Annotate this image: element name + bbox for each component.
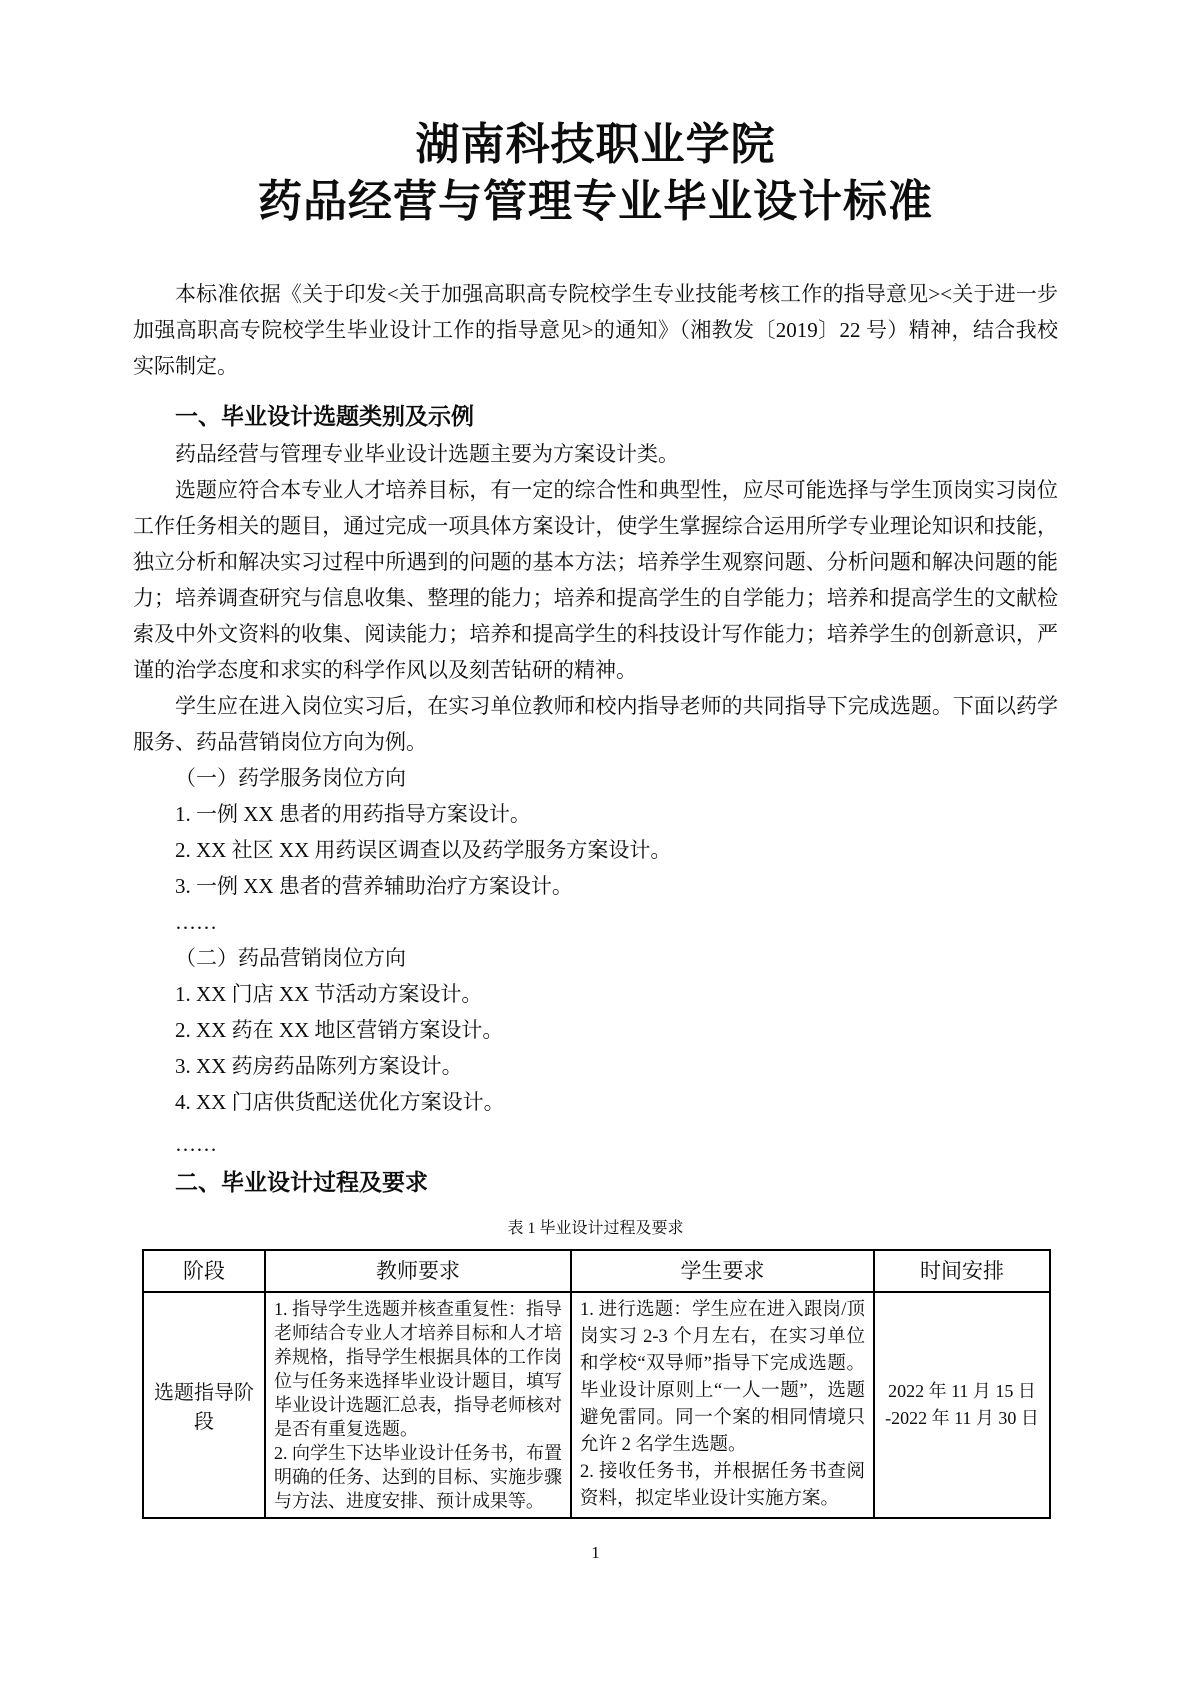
- table-row: 选题指导阶段 1. 指导学生选题并核查重复性：指导老师结合专业人才培养目标和人才…: [143, 1292, 1050, 1518]
- table-header-row: 阶段 教师要求 学生要求 时间安排: [143, 1250, 1050, 1292]
- list-item: 1. XX 门店 XX 节活动方案设计。: [133, 976, 1058, 1012]
- page-number: 1: [0, 1543, 1191, 1563]
- list-item: 4. XX 门店供货配送优化方案设计。: [133, 1084, 1058, 1120]
- column-header-time: 时间安排: [874, 1250, 1050, 1292]
- title-line-1: 湖南科技职业学院: [133, 116, 1058, 173]
- column-header-student: 学生要求: [571, 1250, 874, 1292]
- section-1-paragraph-3: 学生应在进入岗位实习后，在实习单位教师和校内指导老师的共同指导下完成选题。下面以…: [133, 688, 1058, 760]
- cell-stage: 选题指导阶段: [143, 1292, 265, 1518]
- section-1-paragraph-2: 选题应符合本专业人才培养目标，有一定的综合性和典型性，应尽可能选择与学生顶岗实习…: [133, 472, 1058, 688]
- cell-student-requirements: 1. 进行选题：学生应在进入跟岗/顶岗实习 2-3 个月左右，在实习单位和学校“…: [571, 1292, 874, 1518]
- document-page: 湖南科技职业学院 药品经营与管理专业毕业设计标准 本标准依据《关于印发<关于加强…: [0, 0, 1191, 1684]
- ellipsis-line: ……: [133, 1126, 1058, 1162]
- process-requirements-table: 阶段 教师要求 学生要求 时间安排 选题指导阶段 1. 指导学生选题并核查重复性…: [142, 1249, 1051, 1519]
- list-item: 2. XX 药在 XX 地区营销方案设计。: [133, 1012, 1058, 1048]
- intro-paragraph: 本标准依据《关于印发<关于加强高职高专院校学生专业技能考核工作的指导意见><关于…: [133, 276, 1058, 384]
- group-2-label: （二）药品营销岗位方向: [133, 940, 1058, 976]
- list-item: 3. XX 药房药品陈列方案设计。: [133, 1048, 1058, 1084]
- list-item: 2. XX 社区 XX 用药误区调查以及药学服务方案设计。: [133, 832, 1058, 868]
- section-1-paragraph-1: 药品经营与管理专业毕业设计选题主要为方案设计类。: [133, 436, 1058, 472]
- document-content: 湖南科技职业学院 药品经营与管理专业毕业设计标准 本标准依据《关于印发<关于加强…: [133, 0, 1058, 1519]
- section-1-heading: 一、毕业设计选题类别及示例: [133, 396, 1058, 436]
- group-1-label: （一）药学服务岗位方向: [133, 760, 1058, 796]
- section-2-heading: 二、毕业设计过程及要求: [133, 1162, 1058, 1202]
- document-title: 湖南科技职业学院 药品经营与管理专业毕业设计标准: [133, 0, 1058, 230]
- column-header-stage: 阶段: [143, 1250, 265, 1292]
- cell-teacher-requirements: 1. 指导学生选题并核查重复性：指导老师结合专业人才培养目标和人才培养规格，指导…: [265, 1292, 571, 1518]
- table-caption: 表 1 毕业设计过程及要求: [133, 1216, 1058, 1242]
- title-line-2: 药品经营与管理专业毕业设计标准: [133, 173, 1058, 230]
- cell-time-schedule: 2022 年 11 月 15 日 -2022 年 11 月 30 日: [874, 1292, 1050, 1518]
- list-item: 3. 一例 XX 患者的营养辅助治疗方案设计。: [133, 868, 1058, 904]
- column-header-teacher: 教师要求: [265, 1250, 571, 1292]
- ellipsis-line: ……: [133, 904, 1058, 940]
- list-item: 1. 一例 XX 患者的用药指导方案设计。: [133, 796, 1058, 832]
